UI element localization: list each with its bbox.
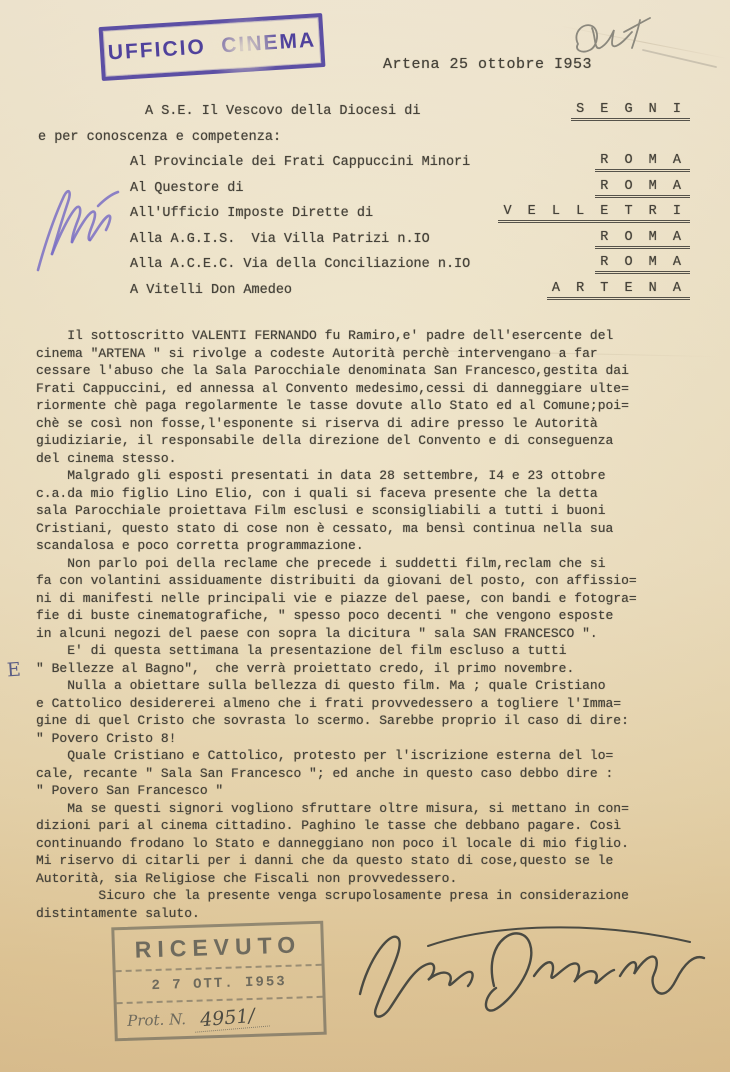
ufficio-cinema-stamp-text: UFFICIO CINEMA [107, 28, 317, 65]
prot-number-handwritten: 4951/ [193, 1003, 269, 1032]
body-paragraph: Il sottoscritto VALENTI FERNANDO fu Rami… [36, 327, 704, 467]
recipient-row: A Vitelli Don Amedeo A R T E N A [0, 280, 730, 306]
recipient-city: R O M A [595, 255, 690, 274]
recipient-city: R O M A [595, 179, 690, 198]
recipient-label: Al Provinciale dei Frati Cappuccini Mino… [130, 155, 470, 170]
ricevuto-stamp-prot-row: Prot. N. 4951/ [117, 996, 324, 1038]
cc-intro-label: e per conoscenza e competenza: [38, 130, 281, 145]
recipient-city: V E L L E T R I [498, 204, 690, 223]
body-paragraph: Ma se questi signori vogliono sfruttare … [36, 800, 704, 888]
recipient-label: Al Questore di [130, 181, 243, 196]
dateline: Artena 25 ottobre I953 [383, 56, 592, 73]
recipient-label: A Vitelli Don Amedeo [130, 283, 292, 298]
recipient-label: Alla A.G.I.S. Via Villa Patrizi n.IO [130, 232, 430, 247]
body-paragraph: Quale Cristiano e Cattolico, protesto pe… [36, 747, 704, 800]
blue-ink-initials [22, 162, 122, 282]
margin-note-e: E [6, 659, 21, 682]
ricevuto-stamp-title: RICEVUTO [114, 924, 321, 970]
recipient-city: A R T E N A [547, 281, 690, 300]
body-paragraph: E' di questa settimana la presentazione … [36, 642, 704, 677]
body-paragraph: Non parlo poi della reclame che precede … [36, 555, 704, 643]
ricevuto-stamp: RICEVUTO 2 7 OTT. I953 Prot. N. 4951/ [111, 921, 326, 1042]
recipient-city: R O M A [595, 153, 690, 172]
cc-intro-row: e per conoscenza e competenza: [0, 127, 730, 153]
recipient-label: All'Ufficio Imposte Dirette di [130, 206, 373, 221]
prot-label: Prot. N. [127, 1010, 186, 1030]
recipient-label: A S.E. Il Vescovo della Diocesi di [145, 104, 420, 119]
recipient-city: S E G N I [571, 102, 690, 121]
recipient-city: R O M A [595, 230, 690, 249]
signature-handwriting [332, 916, 712, 1026]
document-page: { "header": { "office_stamp": "UFFICIO C… [0, 0, 730, 1080]
body-paragraph: Nulla a obiettare sulla bellezza di ques… [36, 677, 704, 747]
body-paragraph: Malgrado gli esposti presentati in data … [36, 467, 704, 555]
recipient-row-main: A S.E. Il Vescovo della Diocesi di S E G… [0, 101, 730, 127]
letter-body: Il sottoscritto VALENTI FERNANDO fu Rami… [36, 327, 704, 922]
recipient-label: Alla A.C.E.C. Via della Conciliazione n.… [130, 257, 470, 272]
